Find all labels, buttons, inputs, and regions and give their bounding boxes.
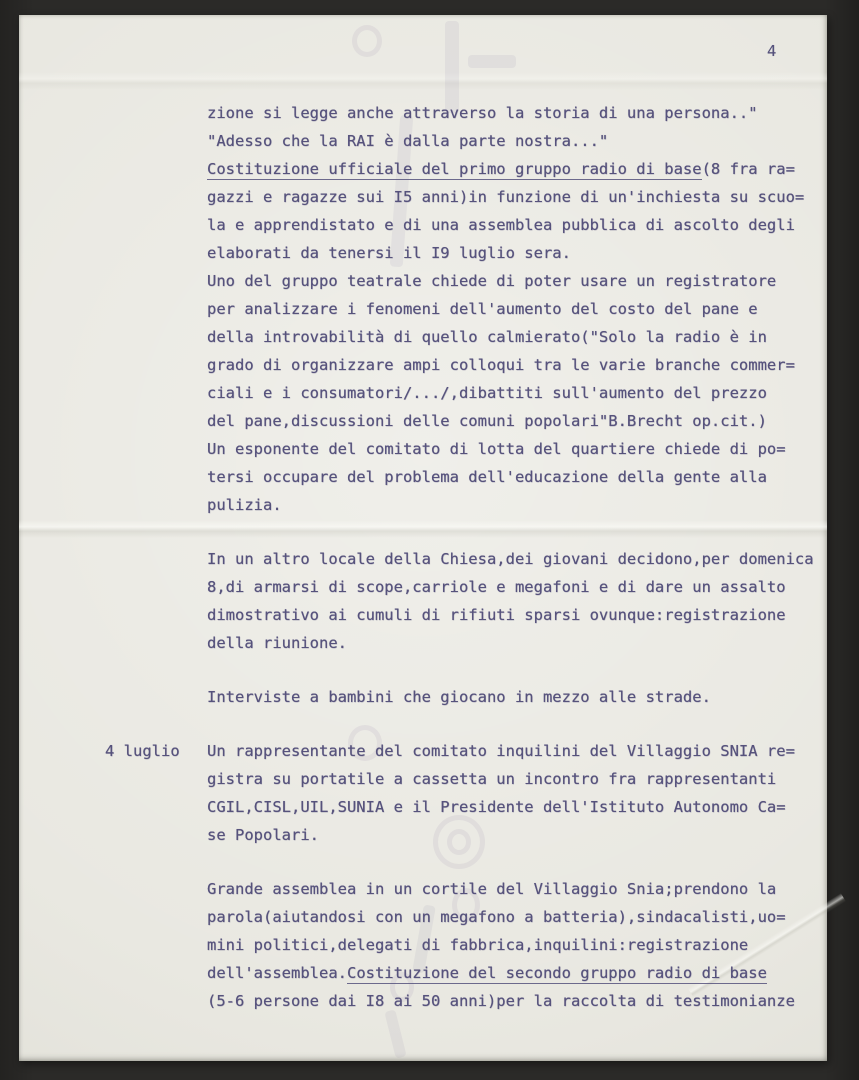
text-segment: della introvabilità di quello calmierato… (207, 328, 767, 346)
text-line: elaborati da tenersi il I9 luglio sera. (207, 239, 827, 267)
text-line: mini politici,delegati di fabbrica,inqui… (207, 931, 827, 959)
margin-date-label: 4 luglio (105, 737, 180, 765)
bleedthrough-mark (384, 1009, 406, 1058)
text-segment: la e apprendistato e di una assemblea pu… (207, 216, 795, 234)
text-line: Grande assemblea in un cortile del Villa… (207, 875, 827, 903)
text-segment: Un rappresentante del comitato inquilini… (207, 742, 795, 760)
text-line: Uno del gruppo teatrale chiede di poter … (207, 267, 827, 295)
text-line: della riunione. (207, 629, 827, 657)
page-number: 4 (767, 42, 776, 60)
text-segment: per analizzare i fenomeni dell'aumento d… (207, 300, 758, 318)
text-segment: se Popolari. (207, 826, 319, 844)
scanner-background: 4 zione si legge anche attraverso la sto… (0, 0, 859, 1080)
text-line: gazzi e ragazze sui I5 anni)in funzione … (207, 183, 827, 211)
text-line: se Popolari. (207, 821, 827, 849)
paragraph: Grande assemblea in un cortile del Villa… (207, 875, 827, 1015)
text-segment: 8,di armarsi di scope,carriole e megafon… (207, 578, 786, 596)
text-segment: del pane,discussioni delle comuni popola… (207, 412, 767, 430)
text-line: Costituzione ufficiale del primo gruppo … (207, 155, 827, 183)
text-line: pulizia. (207, 491, 827, 519)
text-segment: Un esponente del comitato di lotta del q… (207, 440, 786, 458)
text-line: gistra su portatile a cassetta un incont… (207, 765, 827, 793)
text-line: ciali e i consumatori/.../,dibattiti sul… (207, 379, 827, 407)
document-page: 4 zione si legge anche attraverso la sto… (19, 15, 827, 1061)
text-line: dimostrativo ai cumuli di rifiuti sparsi… (207, 601, 827, 629)
text-line: Un rappresentante del comitato inquilini… (207, 737, 827, 765)
text-line: per analizzare i fenomeni dell'aumento d… (207, 295, 827, 323)
text-segment: Grande assemblea in un cortile del Villa… (207, 880, 776, 898)
paragraph: In un altro locale della Chiesa,dei giov… (207, 545, 827, 657)
text-segment: Interviste a bambini che giocano in mezz… (207, 688, 711, 706)
text-segment: dimostrativo ai cumuli di rifiuti sparsi… (207, 606, 786, 624)
text-segment: gistra su portatile a cassetta un incont… (207, 770, 776, 788)
text-segment: "Adesso che la RAI è dalla parte nostra.… (207, 132, 608, 150)
text-line: 8,di armarsi di scope,carriole e megafon… (207, 573, 827, 601)
text-line: (5-6 persone dai I8 ai 50 anni)per la ra… (207, 987, 827, 1015)
text-line: zione si legge anche attraverso la stori… (207, 99, 827, 127)
text-segment: elaborati da tenersi il I9 luglio sera. (207, 244, 571, 262)
text-line: Un esponente del comitato di lotta del q… (207, 435, 827, 463)
text-line: In un altro locale della Chiesa,dei giov… (207, 545, 827, 573)
text-segment: pulizia. (207, 496, 282, 514)
text-line: CGIL,CISL,UIL,SUNIA e il Presidente dell… (207, 793, 827, 821)
paragraph: Interviste a bambini che giocano in mezz… (207, 683, 827, 711)
text-segment: Uno del gruppo teatrale chiede di poter … (207, 272, 776, 290)
underlined-text-segment: Costituzione ufficiale del primo gruppo … (207, 160, 702, 180)
text-segment: grado di organizzare ampi colloqui tra l… (207, 356, 795, 374)
text-segment: dell'assemblea. (207, 964, 347, 982)
paragraph: 4 luglioUn rappresentante del comitato i… (207, 737, 827, 849)
text-line: tersi occupare del problema dell'educazi… (207, 463, 827, 491)
paragraph: zione si legge anche attraverso la stori… (207, 99, 827, 519)
text-segment: In un altro locale della Chiesa,dei giov… (207, 550, 814, 568)
text-line: la e apprendistato e di una assemblea pu… (207, 211, 827, 239)
text-line: Interviste a bambini che giocano in mezz… (207, 683, 827, 711)
text-segment: della riunione. (207, 634, 347, 652)
text-segment: gazzi e ragazze sui I5 anni)in funzione … (207, 188, 804, 206)
text-segment: tersi occupare del problema dell'educazi… (207, 468, 767, 486)
text-line: "Adesso che la RAI è dalla parte nostra.… (207, 127, 827, 155)
text-segment: (8 fra ra= (702, 160, 795, 178)
fold-crease (19, 72, 827, 90)
text-line: della introvabilità di quello calmierato… (207, 323, 827, 351)
text-segment: (5-6 persone dai I8 ai 50 anni)per la ra… (207, 992, 795, 1010)
text-segment: parola(aiutandosi con un megafono a batt… (207, 908, 786, 926)
text-segment: CGIL,CISL,UIL,SUNIA e il Presidente dell… (207, 798, 786, 816)
document-body: zione si legge anche attraverso la stori… (207, 99, 827, 1015)
text-segment: zione si legge anche attraverso la stori… (207, 104, 758, 122)
text-line: dell'assemblea.Costituzione del secondo … (207, 959, 827, 987)
text-line: del pane,discussioni delle comuni popola… (207, 407, 827, 435)
text-line: grado di organizzare ampi colloqui tra l… (207, 351, 827, 379)
text-line: parola(aiutandosi con un megafono a batt… (207, 903, 827, 931)
bleedthrough-mark (468, 55, 516, 68)
text-segment: ciali e i consumatori/.../,dibattiti sul… (207, 384, 767, 402)
bleedthrough-mark (352, 25, 382, 57)
text-segment: mini politici,delegati di fabbrica,inqui… (207, 936, 748, 954)
underlined-text-segment: Costituzione del secondo gruppo radio di… (347, 964, 767, 984)
